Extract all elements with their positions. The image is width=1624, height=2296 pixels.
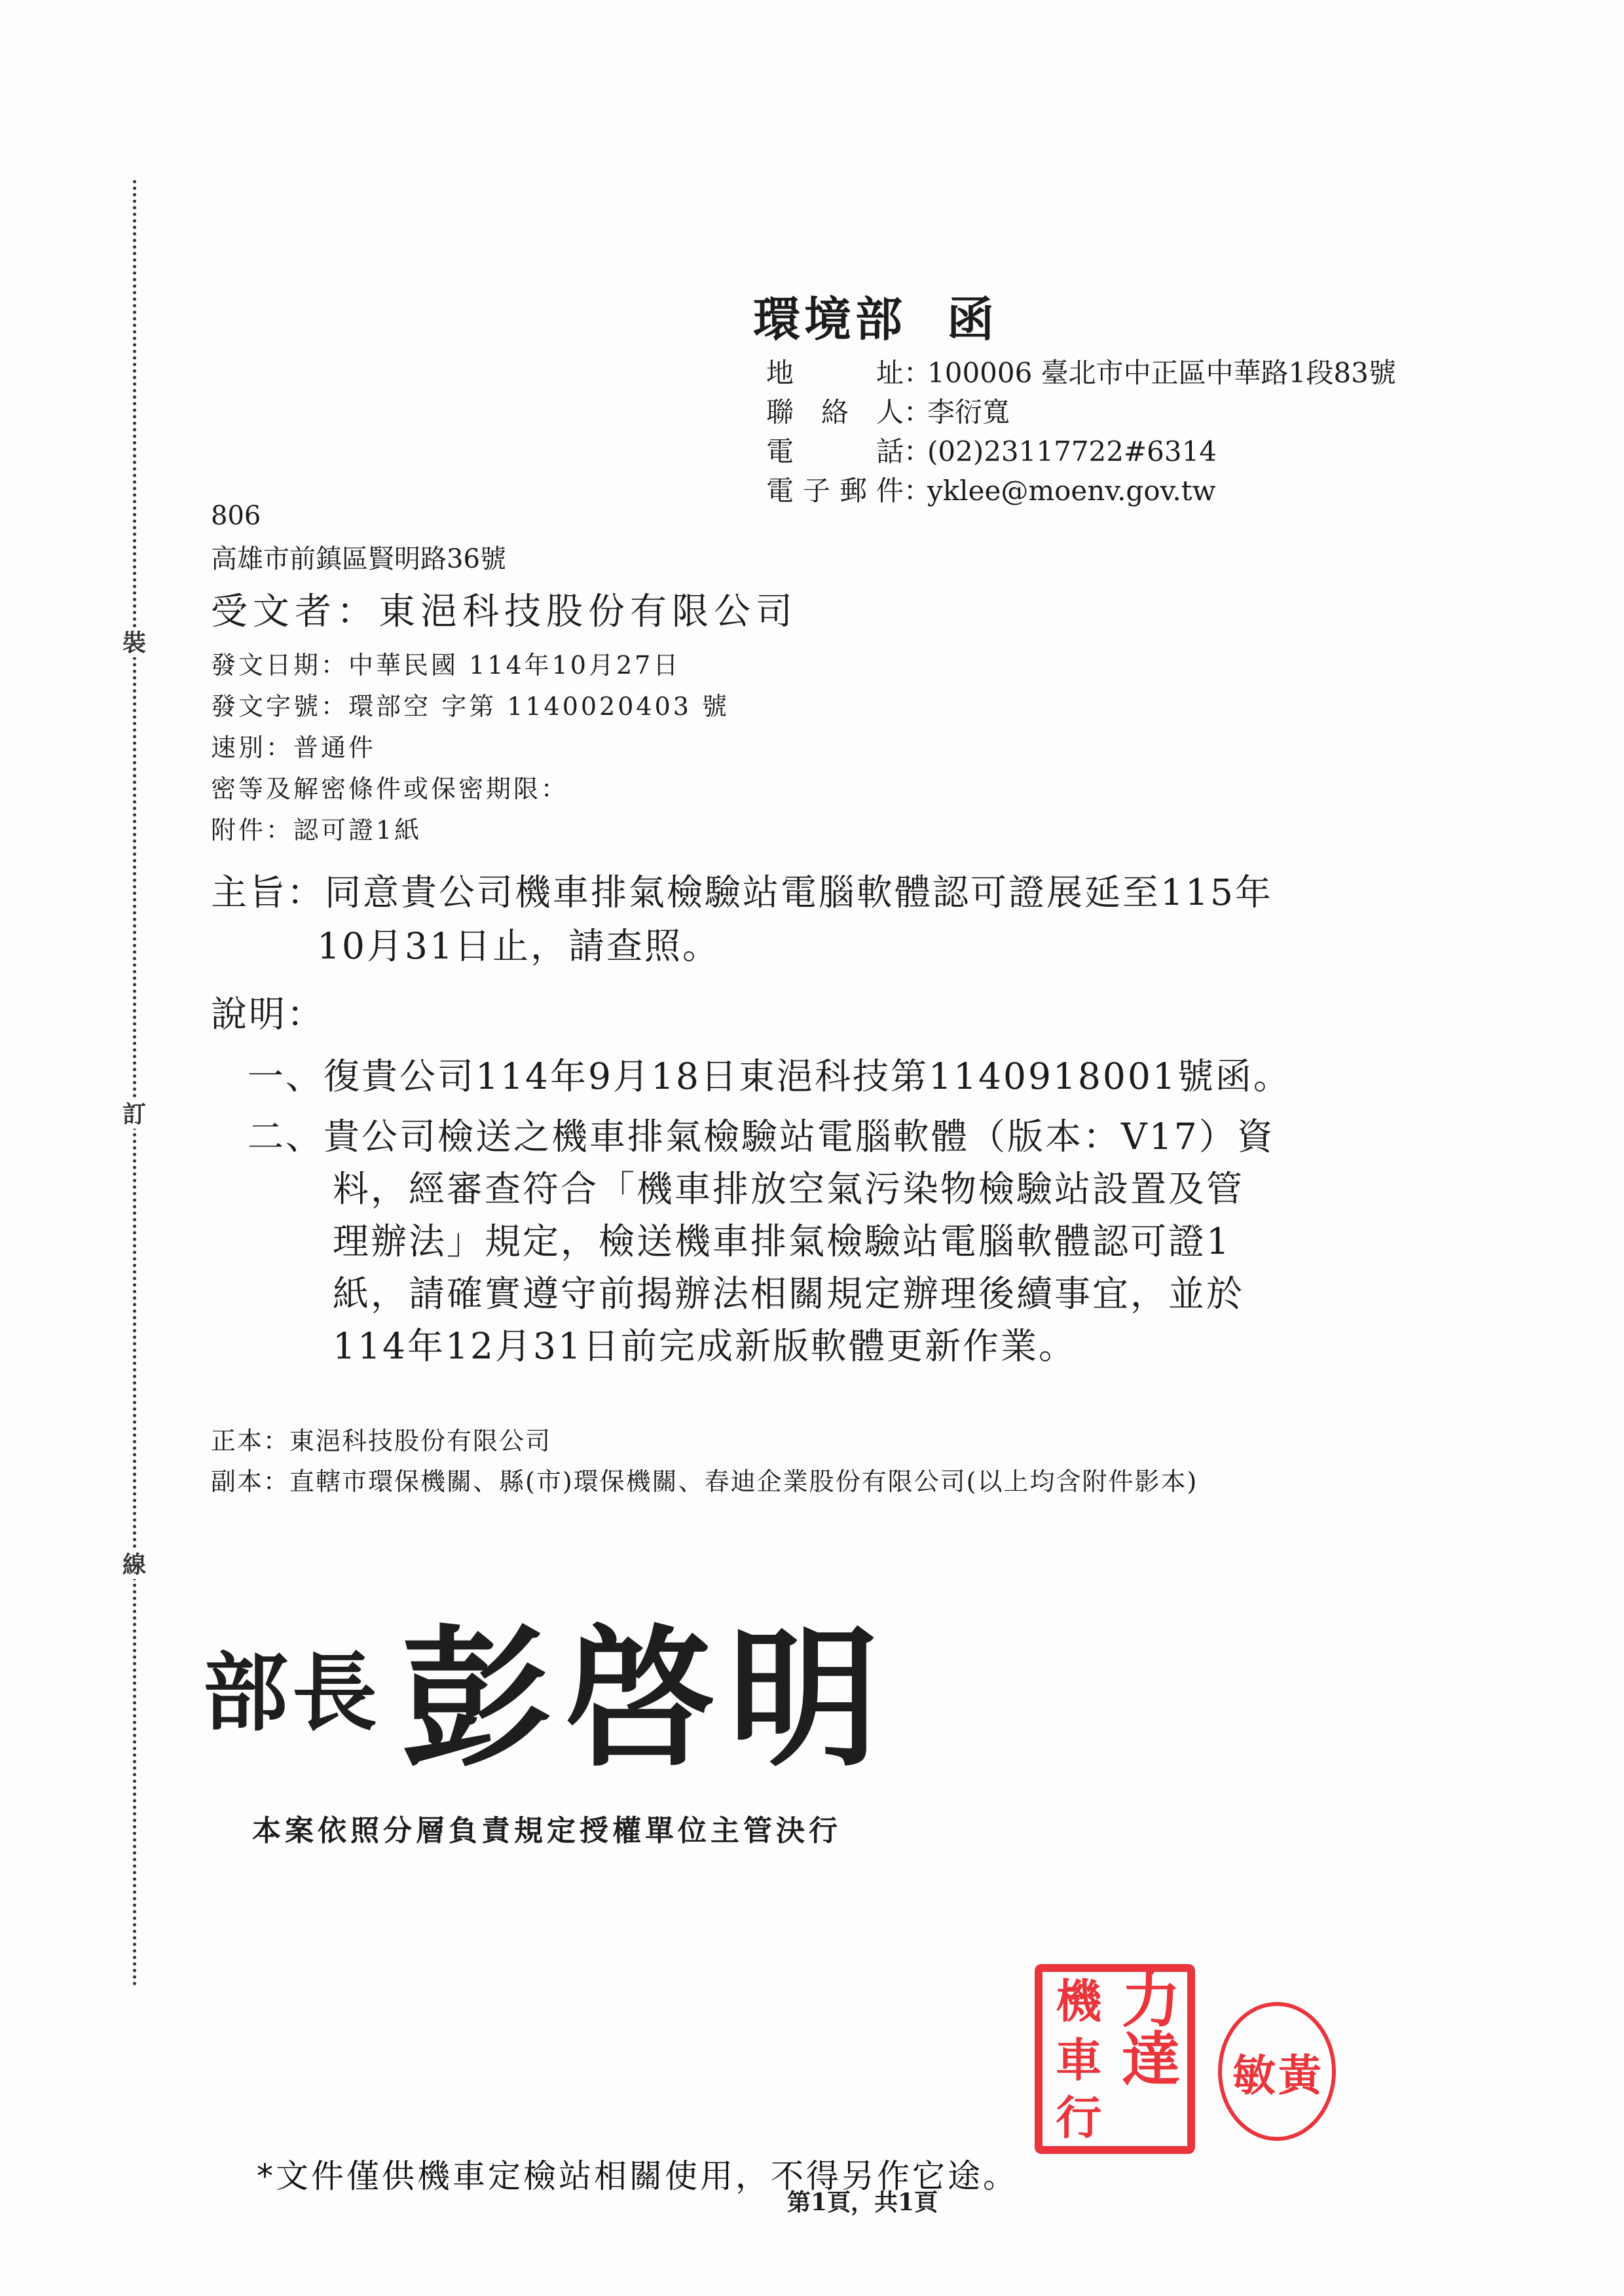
- explanation-label: 說明：: [211, 987, 325, 1041]
- explanation-item-2-line-4: 紙，請確實遵守前揭辦法相關規定辦理後續事宜，並於: [333, 1265, 1244, 1317]
- contact-email: 電子郵件：yklee@moenv.gov.tw: [766, 471, 1216, 511]
- contact-value: (02)23117722#6314: [927, 435, 1217, 467]
- subject-label: 主旨：: [211, 871, 325, 913]
- document-type: 函: [947, 291, 998, 347]
- explanation-item-2-line-1: 二、貴公司檢送之機車排氣檢驗站電腦軟體（版本：V17）資: [248, 1108, 1275, 1159]
- explanation-item-2-line-2: 料，經審查符合「機車排放空氣污染物檢驗站設置及管: [333, 1160, 1244, 1212]
- stamp-char: 行: [1043, 2090, 1115, 2146]
- recipient-postal-code: 806: [211, 501, 261, 531]
- attachment: 附件：認可證1紙: [211, 810, 422, 846]
- signatory-title: 部長: [203, 1643, 381, 1743]
- recipient-address: 高雄市前鎮區賢明路36號: [211, 538, 506, 575]
- recipient-label: 受文者：: [211, 591, 378, 633]
- signatory-name: 彭啓明: [401, 1611, 892, 1787]
- recipient: 受文者：東浥科技股份有限公司: [211, 583, 798, 635]
- subject-line-2: 10月31日止，請查照。: [317, 919, 720, 973]
- document-number: 發文字號：環部空 字第 1140020403 號: [211, 686, 729, 722]
- stamp-char: 車: [1043, 2031, 1115, 2090]
- contact-label: 聯絡人: [766, 393, 904, 432]
- contact-label: 電子郵件: [766, 471, 904, 511]
- recipient-name: 東浥科技股份有限公司: [378, 591, 798, 633]
- signature-block: 部長彭啓明: [203, 1578, 892, 1795]
- original-recipient: 正本：東浥科技股份有限公司: [211, 1421, 551, 1457]
- subject-line-1: 主旨：同意貴公司機車排氣檢驗站電腦軟體認可證展延至115年: [211, 866, 1273, 919]
- binding-mark-xian: 線: [118, 1550, 151, 1579]
- explanation-item-2-line-5: 114年12月31日前完成新版軟體更新作業。: [333, 1317, 1077, 1369]
- contact-value: 李衍寬: [927, 396, 1010, 428]
- stamp-char: 黃: [1278, 2041, 1321, 2103]
- contact-person: 聯絡人：李衍寬: [766, 393, 1010, 432]
- stamp-char: 敏: [1232, 2041, 1276, 2103]
- binding-dotted-line: [133, 180, 136, 1987]
- personal-seal-stamp: 敏 黃: [1218, 2002, 1336, 2141]
- confidentiality: 密等及解密條件或保密期限：: [211, 769, 568, 805]
- stamp-char: [1115, 2090, 1188, 2146]
- stamp-char: 力: [1115, 1972, 1188, 2031]
- contact-address: 地址：100006 臺北市中正區中華路1段83號: [766, 354, 1396, 393]
- contact-label: 地址: [766, 354, 904, 393]
- stamp-char: 達: [1115, 2031, 1188, 2090]
- contact-value: yklee@moenv.gov.tw: [927, 475, 1216, 507]
- urgency: 速別：普通件: [211, 727, 376, 763]
- delegation-note: 本案依照分層負責規定授權單位主管決行: [252, 1807, 841, 1849]
- document-title: 環境部函: [753, 282, 998, 350]
- agency-name: 環境部: [753, 291, 906, 347]
- explanation-item-1: 一、復貴公司114年9月18日東浥科技第1140918001號函。: [248, 1048, 1291, 1099]
- copy-recipients: 副本：直轄市環保機關、縣(市)環保機關、春迪企業股份有限公司(以上均含附件影本): [211, 1461, 1198, 1497]
- issue-date: 發文日期：中華民國 114年10月27日: [211, 645, 680, 681]
- item-marker: 二、: [248, 1116, 323, 1157]
- contact-value: 100006 臺北市中正區中華路1段83號: [927, 357, 1396, 389]
- binding-mark-ding: 訂: [118, 1100, 151, 1129]
- page-number: 第1頁，共1頁: [787, 2184, 938, 2217]
- stamp-char: 機: [1043, 1972, 1115, 2031]
- contact-phone: 電話：(02)23117722#6314: [766, 432, 1217, 471]
- contact-label: 電話: [766, 432, 904, 471]
- explanation-item-2-line-3: 理辦法」規定，檢送機車排氣檢驗站電腦軟體認可證1: [333, 1212, 1231, 1264]
- item-marker: 一、: [248, 1055, 323, 1097]
- binding-mark-zhuang: 裝: [118, 629, 151, 657]
- company-seal-stamp: 機 力 車 達 行: [1035, 1964, 1195, 2154]
